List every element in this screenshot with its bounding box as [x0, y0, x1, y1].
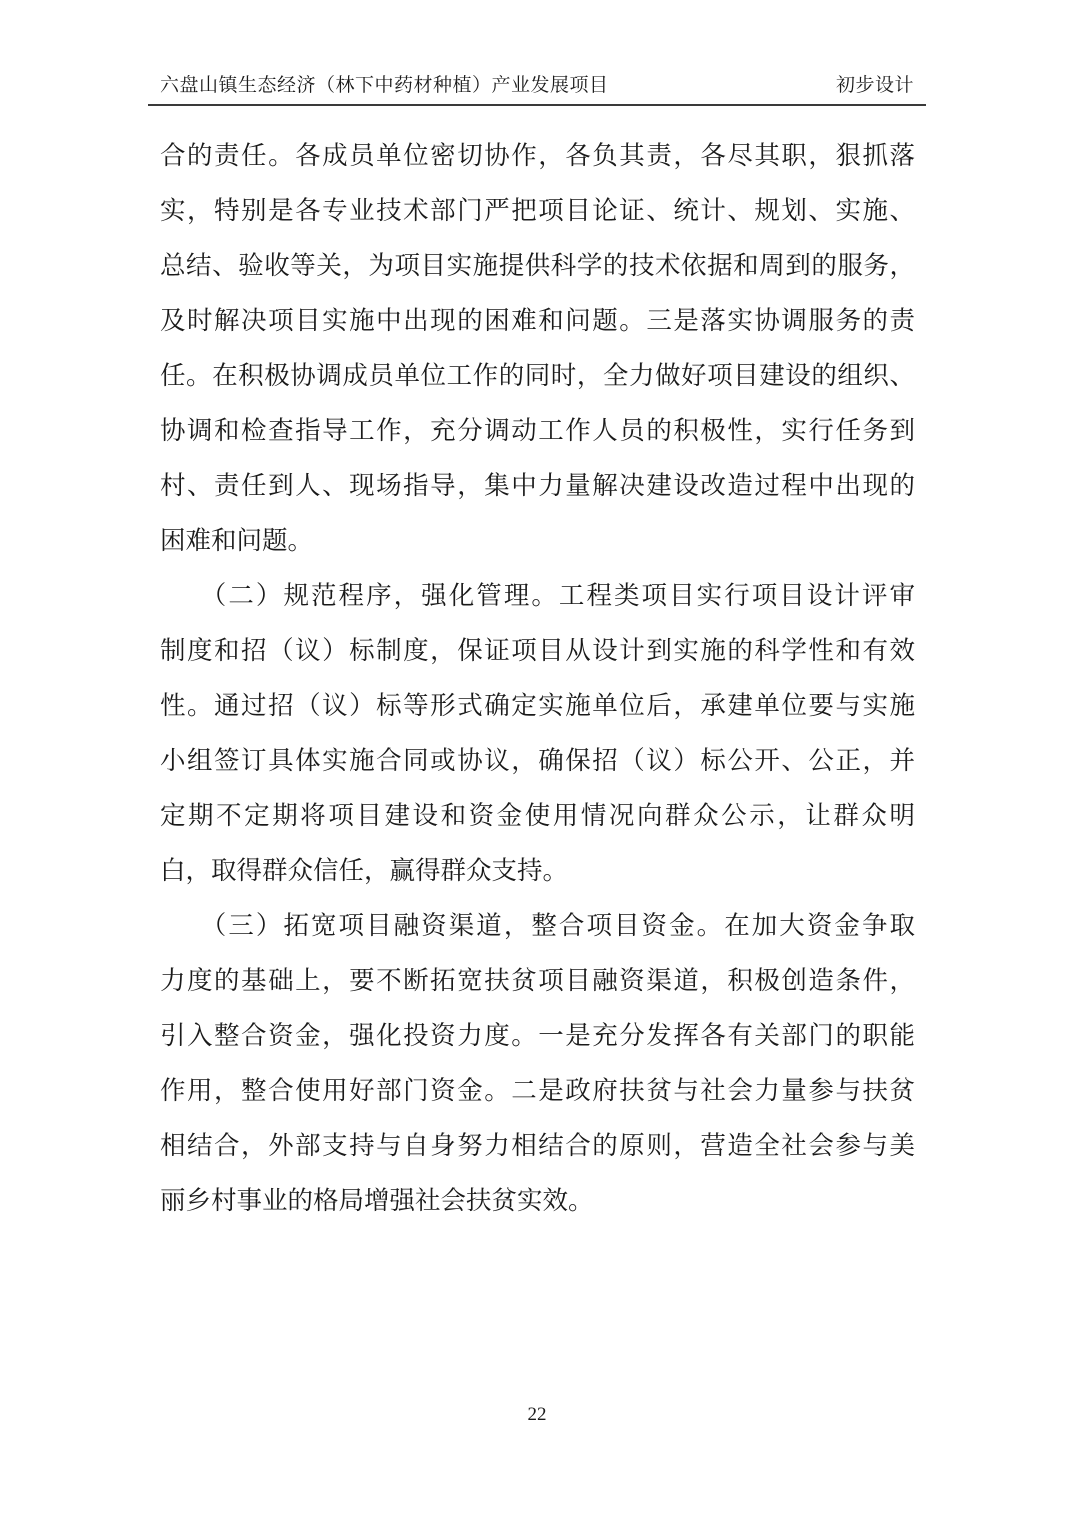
body-line-p3-l5: 相结合，外部支持与自身努力相结合的原则，营造全社会参与美	[160, 1118, 915, 1173]
body-line-p1-l3: 总结、验收等关，为项目实施提供科学的技术依据和周到的服务，	[160, 238, 915, 293]
body-line-p2-l6: 白，取得群众信任，赢得群众支持。	[160, 843, 915, 898]
page-header-row: 六盘山镇生态经济（林下中药材种植）产业发展项目 初步设计	[148, 74, 926, 97]
body-line-p1-l7: 村、责任到人、现场指导，集中力量解决建设改造过程中出现的	[160, 458, 915, 513]
document-page: 六盘山镇生态经济（林下中药材种植）产业发展项目 初步设计 合的责任。各成员单位密…	[0, 0, 1074, 1520]
body-line-p1-l5: 任。在积极协调成员单位工作的同时，全力做好项目建设的组织、	[160, 348, 915, 403]
body-line-p3-l4: 作用，整合使用好部门资金。二是政府扶贫与社会力量参与扶贫	[160, 1063, 915, 1118]
body-line-p1-l6: 协调和检查指导工作，充分调动工作人员的积极性，实行任务到	[160, 403, 915, 458]
header-right-label: 初步设计	[836, 74, 914, 97]
body-line-p1-l4: 及时解决项目实施中出现的困难和问题。三是落实协调服务的责	[160, 293, 915, 348]
body-line-p2-l2: 制度和招（议）标制度，保证项目从设计到实施的科学性和有效	[160, 623, 915, 678]
body-line-p1-l8: 困难和问题。	[160, 513, 915, 568]
body-line-p3-l6: 丽乡村事业的格局增强社会扶贫实效。	[160, 1173, 915, 1228]
body-line-p2-l5: 定期不定期将项目建设和资金使用情况向群众公示，让群众明	[160, 788, 915, 843]
body-line-p2-l1: （二）规范程序，强化管理。工程类项目实行项目设计评审	[160, 568, 915, 623]
page-footer: 22	[0, 1403, 1074, 1427]
body-line-p1-l2: 实，特别是各专业技术部门严把项目论证、统计、规划、实施、	[160, 183, 915, 238]
body-line-p3-l1: （三）拓宽项目融资渠道，整合项目资金。在加大资金争取	[160, 898, 915, 953]
body-line-p2-l4: 小组签订具体实施合同或协议，确保招（议）标公开、公正，并	[160, 733, 915, 788]
body-line-p3-l3: 引入整合资金，强化投资力度。一是充分发挥各有关部门的职能	[160, 1008, 915, 1063]
page-header: 六盘山镇生态经济（林下中药材种植）产业发展项目 初步设计	[148, 74, 926, 106]
document-body: 合的责任。各成员单位密切协作，各负其责，各尽其职，狠抓落实，特别是各专业技术部门…	[160, 128, 915, 1228]
body-line-p1-l1: 合的责任。各成员单位密切协作，各负其责，各尽其职，狠抓落	[160, 128, 915, 183]
page-number: 22	[528, 1404, 547, 1425]
body-line-p3-l2: 力度的基础上，要不断拓宽扶贫项目融资渠道，积极创造条件，	[160, 953, 915, 1008]
header-left-title: 六盘山镇生态经济（林下中药材种植）产业发展项目	[160, 74, 609, 97]
body-line-p2-l3: 性。通过招（议）标等形式确定实施单位后，承建单位要与实施	[160, 678, 915, 733]
